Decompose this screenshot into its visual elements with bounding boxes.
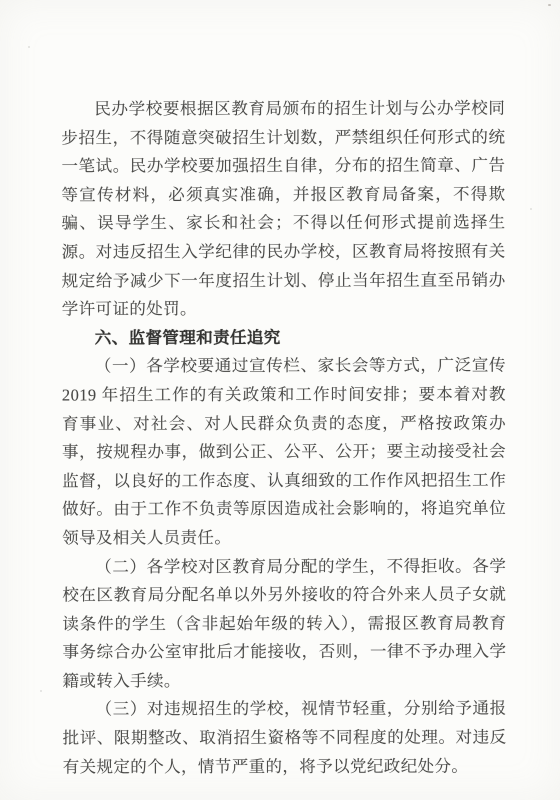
scan-speck [40,690,42,692]
scan-speck [28,46,30,48]
document-page: 民办学校要根据区教育局颁布的招生计划与公办学校同步招生，不得随意突破招生计划数，… [0,0,560,800]
scan-speck [548,4,551,6]
body-paragraph-private-school-enrollment: 民办学校要根据区教育局颁布的招生计划与公办学校同步招生，不得随意突破招生计划数，… [61,95,505,325]
page-number: 8 [0,733,550,748]
scan-speck [300,770,302,771]
scan-speck [530,208,532,210]
body-paragraph-item-1-publicity: （一）各学校要通过宣传栏、家长会等方式，广泛宣传 2019 年招生工作的有关政策… [62,352,506,553]
body-paragraph-item-2-student-allocation: （二）各学校对区教育局分配的学生，不得拒收。各学校在区教育局分配名单以外另外接收… [62,552,506,696]
document-body: 民办学校要根据区教育局颁布的招生计划与公办学校同步招生，不得随意突破招生计划数，… [61,95,506,782]
section-heading-supervision-and-accountability: 六、监督管理和责任追究 [62,323,506,353]
